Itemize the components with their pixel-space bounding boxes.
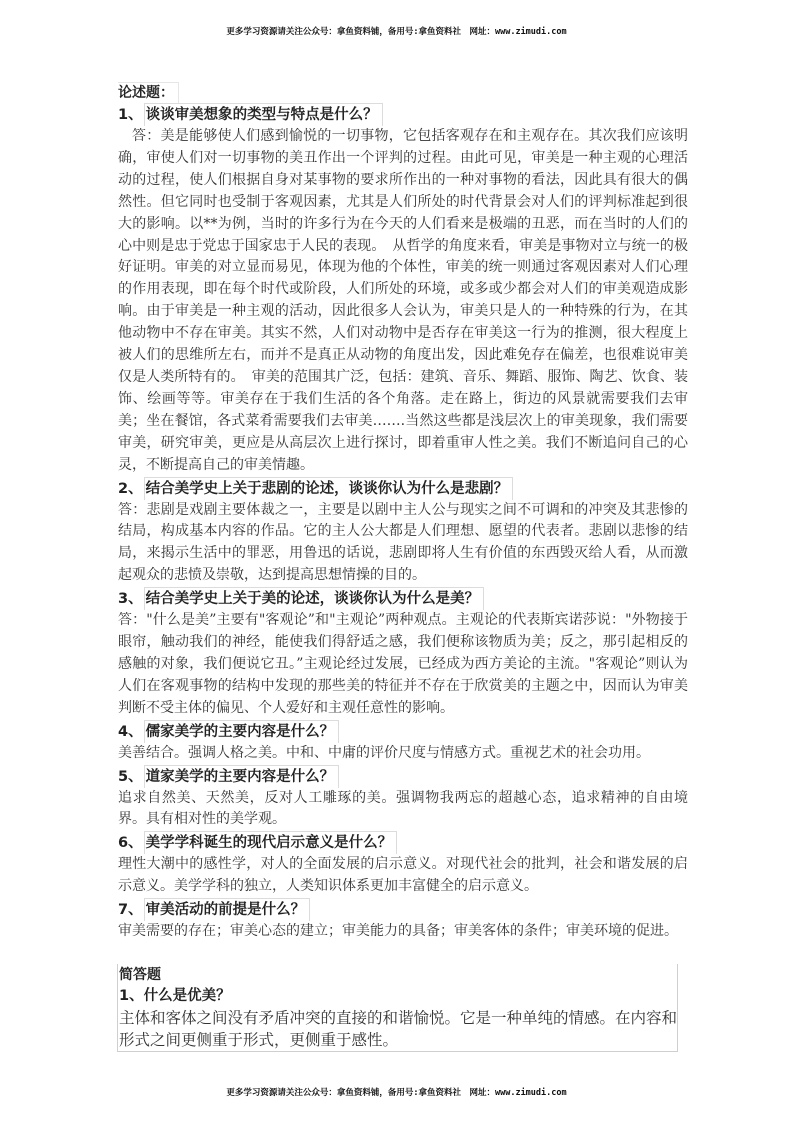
question-number: 6、	[118, 835, 143, 851]
question-heading-4: 4、儒家美学的主要内容是什么？	[118, 720, 688, 743]
question-number: 5、	[118, 769, 143, 785]
question-text: 美学学科诞生的现代启示意义是什么？	[144, 831, 398, 854]
question-text: 结合美学史上关于美的论述，谈谈你认为什么是美？	[144, 587, 485, 610]
question-text: 审美活动的前提是什么？	[144, 898, 311, 921]
short-answer-1: 主体和客体之间没有矛盾冲突的直接的和谐愉悦。它是一种单纯的情感。在内容和形式之间…	[119, 1007, 677, 1051]
answer-4: 美善结合。强调人格之美。中和、中庸的评价尺度与情感方式。重视艺术的社会功用。	[118, 743, 688, 765]
question-number: 3、	[118, 591, 143, 607]
short-question-heading-1: 1、什么是优美？	[119, 985, 677, 1007]
short-answer-section: 简答题 1、什么是优美？ 主体和客体之间没有矛盾冲突的直接的和谐愉悦。它是一种单…	[117, 964, 678, 1052]
document-body: 论述题： 1、谈谈审美想象的类型与特点是什么？ 答：美是能够使人们感到愉悦的一切…	[118, 82, 688, 1052]
question-heading-1: 1、谈谈审美想象的类型与特点是什么？	[118, 103, 688, 126]
question-text: 道家美学的主要内容是什么？	[144, 765, 340, 788]
question-number: 1、	[119, 988, 144, 1004]
question-heading-5: 5、道家美学的主要内容是什么？	[118, 765, 688, 788]
essay-section-title: 论述题：	[118, 82, 179, 103]
question-text: 谈谈审美想象的类型与特点是什么？	[144, 103, 383, 126]
answer-7: 审美需要的存在；审美心态的建立；审美能力的具备；审美客体的条件；审美环境的促进。	[118, 921, 688, 943]
answer-1: 答：美是能够使人们感到愉悦的一切事物，它包括客观存在和主观存在。其次我们应该明确…	[118, 126, 688, 477]
question-text: 结合美学史上关于悲剧的论述，谈谈你认为什么是悲剧？	[144, 477, 514, 500]
question-heading-2: 2、结合美学史上关于悲剧的论述，谈谈你认为什么是悲剧？	[118, 477, 688, 500]
question-heading-6: 6、美学学科诞生的现代启示意义是什么？	[118, 831, 688, 854]
question-number: 2、	[118, 481, 143, 497]
answer-3: 答："什么是美”主要有"客观论”和"主观论”两种观点。主观论的代表斯宾诺莎说："…	[118, 610, 688, 720]
question-heading-3: 3、结合美学史上关于美的论述，谈谈你认为什么是美？	[118, 587, 688, 610]
short-section-title: 简答题	[119, 965, 165, 985]
footer-banner: 更多学习资源请关注公众号：拿鱼资料铺，备用号:拿鱼资料社 网址：www.zimu…	[0, 1086, 793, 1098]
answer-5: 追求自然美、天然美，反对人工雕琢的美。强调物我两忘的超越心态，追求精神的自由境界…	[118, 788, 688, 832]
question-number: 1、	[118, 107, 143, 123]
question-text: 什么是优美？	[144, 985, 231, 1007]
question-text: 儒家美学的主要内容是什么？	[144, 720, 340, 743]
question-heading-7: 7、审美活动的前提是什么？	[118, 898, 688, 921]
answer-2: 答：悲剧是戏剧主要体裁之一，主要是以剧中主人公与现实之间不可调和的冲突及其悲惨的…	[118, 500, 688, 588]
section-gap	[118, 943, 688, 964]
question-number: 4、	[118, 724, 143, 740]
answer-6: 理性大潮中的感性学，对人的全面发展的启示意义。对现代社会的批判，社会和谐发展的启…	[118, 854, 688, 898]
question-number: 7、	[118, 902, 143, 918]
header-banner: 更多学习资源请关注公众号：拿鱼资料铺，备用号:拿鱼资料社 网址：www.zimu…	[0, 25, 793, 37]
